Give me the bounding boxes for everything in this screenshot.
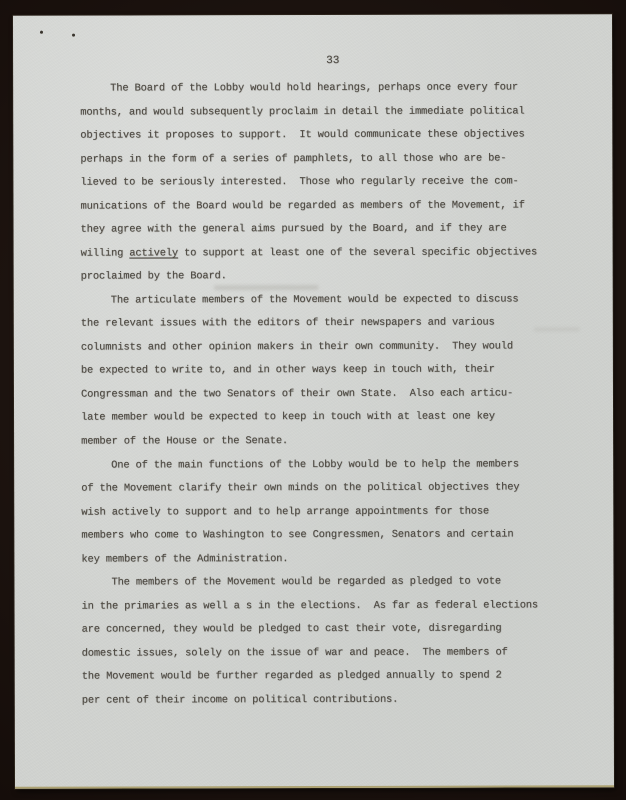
text-line: per cent of their income on political co… (82, 688, 582, 713)
text-line: they agree with the general aims pursued… (81, 217, 581, 242)
text-line: the Movement would be further regarded a… (82, 665, 582, 690)
text-line: late member would be expected to keep in… (81, 406, 581, 431)
text-line: the relevant issues with the editors of … (81, 312, 581, 337)
text-line: lieved to be seriously interested. Those… (80, 170, 580, 195)
text-line: be expected to write to, and in other wa… (81, 359, 581, 384)
text-line: The members of the Movement would be reg… (81, 570, 581, 595)
text-line: The articulate members of the Movement w… (81, 288, 581, 313)
text-segment: to support at least one of the several s… (178, 246, 537, 259)
text-line: of the Movement clarify their own minds … (81, 476, 581, 501)
text-line: key members of the Administration. (81, 547, 581, 572)
text-segment: willing (81, 247, 130, 259)
text-line: munications of the Board would be regard… (80, 194, 580, 219)
text-line: The Board of the Lobby would hold hearin… (80, 76, 580, 101)
text-line: Congressman and the two Senators of thei… (81, 382, 581, 407)
text-line: in the primaries as well a s in the elec… (82, 594, 582, 619)
text-line: columnists and other opinion makers in t… (81, 335, 581, 360)
ink-speck (72, 34, 75, 37)
text-line: members who come to Washington to see Co… (81, 523, 581, 548)
ink-speck (40, 30, 44, 34)
document-lines: The Board of the Lobby would hold hearin… (80, 76, 582, 713)
text-line: are concerned, they would be pledged to … (82, 618, 582, 643)
underlined-word: actively (129, 247, 178, 259)
scanned-document-view: { "window": { "background_color": "#1b12… (0, 0, 626, 800)
page-number: 33 (326, 55, 339, 67)
text-line: member of the House or the Senate. (81, 429, 581, 454)
text-line: domestic issues, solely on the issue of … (82, 641, 582, 666)
document-page: 33 The Board of the Lobby would hold hea… (13, 14, 614, 789)
text-line: wish actively to support and to help arr… (81, 500, 581, 525)
text-line: willing actively to support at least one… (81, 241, 581, 266)
text-line: proclaimed by the Board. (81, 265, 581, 290)
text-line: months, and would subsequently proclaim … (80, 100, 580, 125)
text-line: objectives it proposes to support. It wo… (80, 123, 580, 148)
text-line: perhaps in the form of a series of pamph… (80, 147, 580, 172)
text-line: One of the main functions of the Lobby w… (81, 453, 581, 478)
